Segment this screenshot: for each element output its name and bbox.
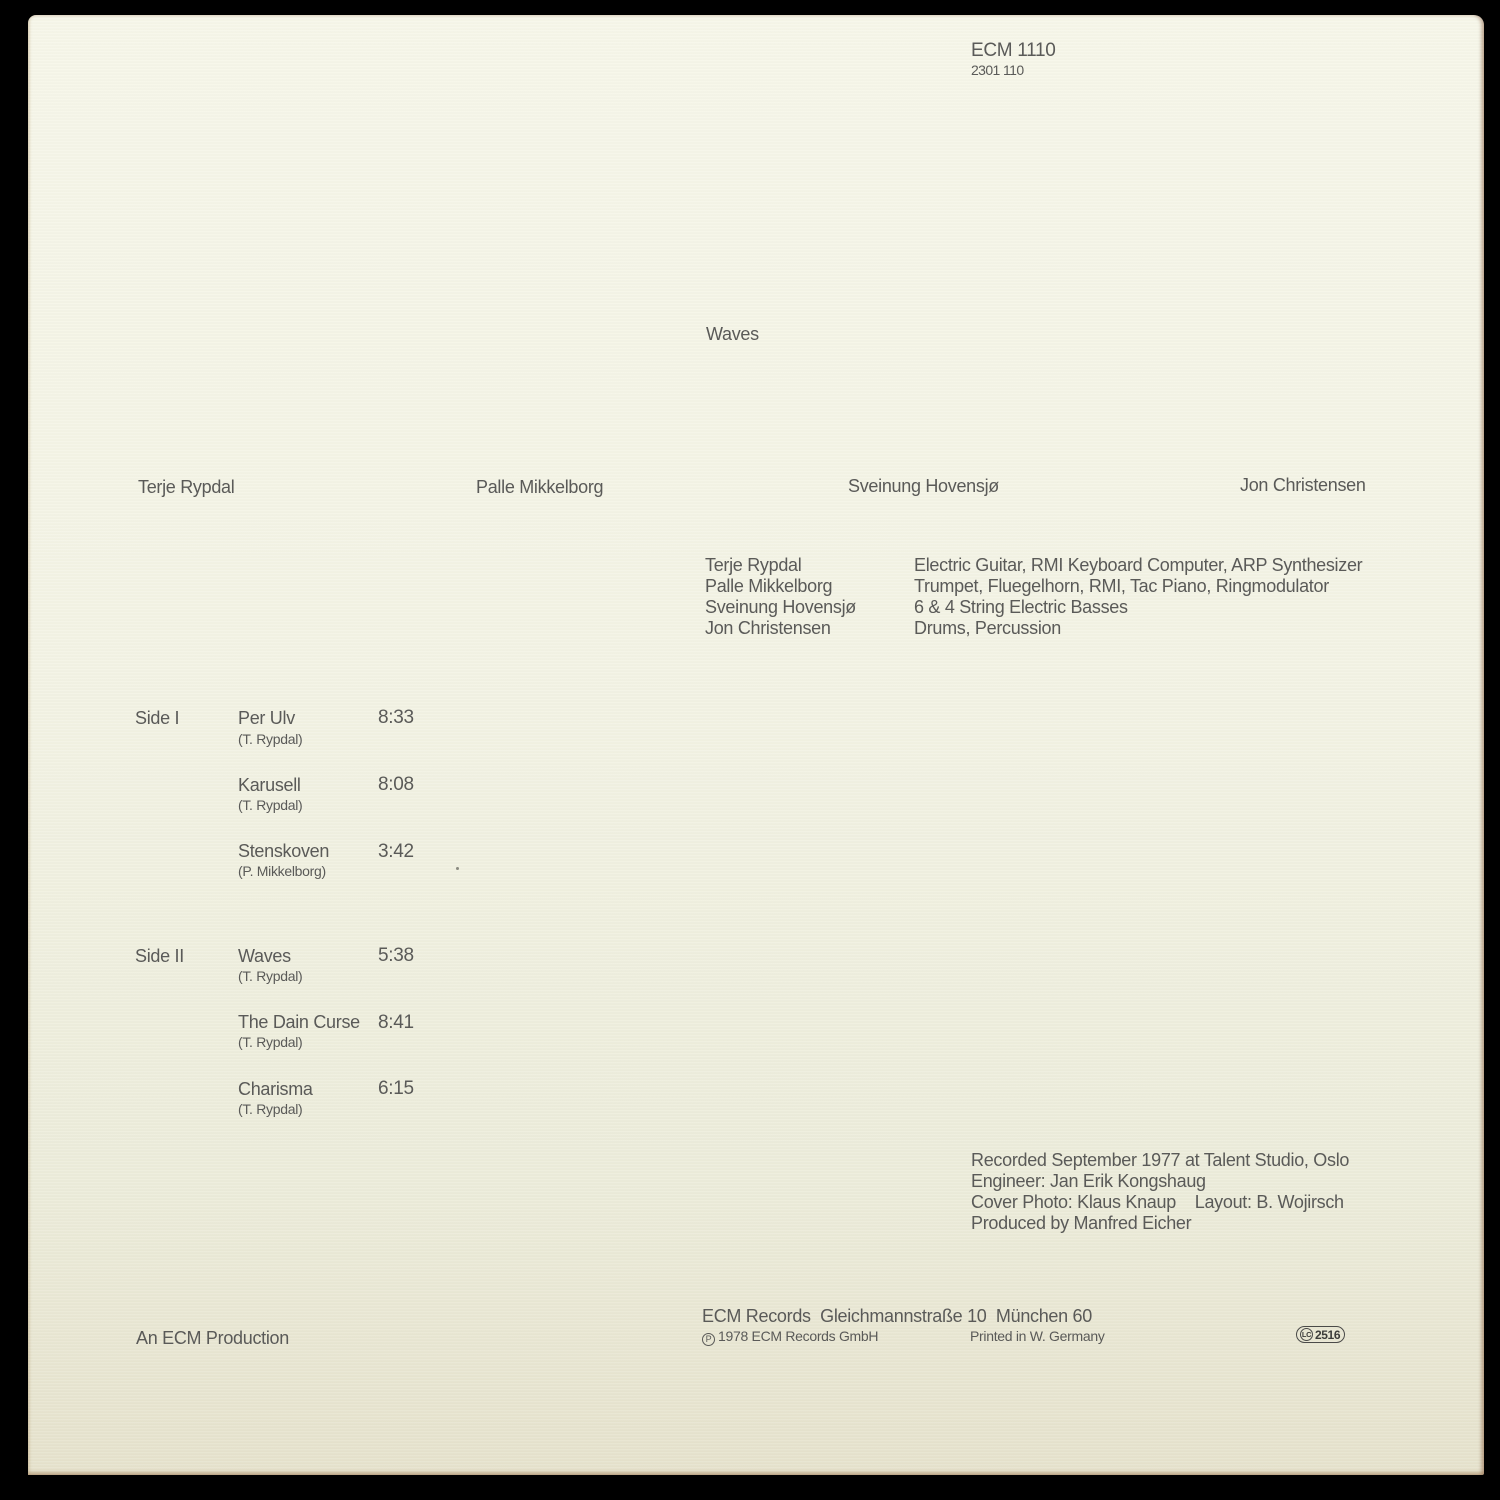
track-composer: (T. Rypdal): [238, 731, 302, 747]
track-duration: 8:41: [378, 1012, 414, 1034]
track-title: Stenskoven: [238, 841, 329, 862]
personnel-instruments-line: 6 & 4 String Electric Basses: [914, 597, 1362, 618]
track-composer: (P. Mikkelborg): [238, 863, 326, 879]
label-address: ECM Records Gleichmannstraße 10 München …: [702, 1306, 1092, 1327]
production-credit: An ECM Production: [136, 1328, 289, 1349]
credit-photo-layout: Cover Photo: Klaus Knaup Layout: B. Woji…: [971, 1192, 1349, 1213]
personnel-name: Terje Rypdal: [705, 555, 856, 576]
track-composer: (T. Rypdal): [238, 797, 302, 813]
album-back-cover: ECM 1110 2301 110 Waves Terje Rypdal Pal…: [28, 15, 1484, 1475]
credits-block: Recorded September 1977 at Talent Studio…: [971, 1150, 1349, 1234]
label-code: 2516: [1315, 1328, 1340, 1342]
header-musician-4: Jon Christensen: [1240, 475, 1366, 496]
personnel-name: Sveinung Hovensjø: [705, 597, 856, 618]
personnel-instruments-line: Drums, Percussion: [914, 618, 1362, 639]
phonogram-icon: P: [702, 1333, 715, 1346]
track-duration: 6:15: [378, 1078, 414, 1100]
track-title: The Dain Curse: [238, 1012, 360, 1033]
track-duration: 8:33: [378, 707, 414, 729]
track-title: Karusell: [238, 775, 301, 796]
copyright-line: P1978 ECM Records GmbH: [702, 1328, 878, 1346]
header-musician-3: Sveinung Hovensjø: [848, 476, 999, 497]
track-composer: (T. Rypdal): [238, 968, 302, 984]
credit-engineer: Engineer: Jan Erik Kongshaug: [971, 1171, 1349, 1192]
side-label: Side II: [135, 946, 184, 967]
personnel-instruments-line: Trumpet, Fluegelhorn, RMI, Tac Piano, Ri…: [914, 576, 1362, 597]
personnel-name: Palle Mikkelborg: [705, 576, 856, 597]
track-title: Per Ulv: [238, 708, 295, 729]
label-code-badge: LC 2516: [1296, 1326, 1345, 1343]
personnel-instruments-line: Electric Guitar, RMI Keyboard Computer, …: [914, 555, 1362, 576]
header-musician-2: Palle Mikkelborg: [476, 477, 603, 498]
track-composer: (T. Rypdal): [238, 1034, 302, 1050]
credit-recorded: Recorded September 1977 at Talent Studio…: [971, 1150, 1349, 1171]
lc-icon: LC: [1300, 1328, 1313, 1341]
printed-in: Printed in W. Germany: [970, 1328, 1105, 1344]
track-duration: 5:38: [378, 945, 414, 967]
credit-producer: Produced by Manfred Eicher: [971, 1213, 1349, 1234]
track-duration: 8:08: [378, 774, 414, 796]
track-composer: (T. Rypdal): [238, 1101, 302, 1117]
copyright-text: 1978 ECM Records GmbH: [718, 1328, 878, 1344]
personnel-name: Jon Christensen: [705, 618, 856, 639]
track-title: Charisma: [238, 1079, 313, 1100]
catalog-code: 2301 110: [971, 62, 1024, 78]
personnel-instruments: Electric Guitar, RMI Keyboard Computer, …: [914, 555, 1362, 639]
side-label: Side I: [135, 708, 179, 729]
header-musician-1: Terje Rypdal: [138, 477, 234, 498]
album-title: Waves: [706, 324, 759, 345]
personnel-names: Terje Rypdal Palle Mikkelborg Sveinung H…: [705, 555, 856, 639]
catalog-number: ECM 1110: [971, 40, 1056, 62]
track-duration: 3:42: [378, 841, 414, 863]
track-title: Waves: [238, 946, 291, 967]
paper-speck: [456, 867, 459, 870]
